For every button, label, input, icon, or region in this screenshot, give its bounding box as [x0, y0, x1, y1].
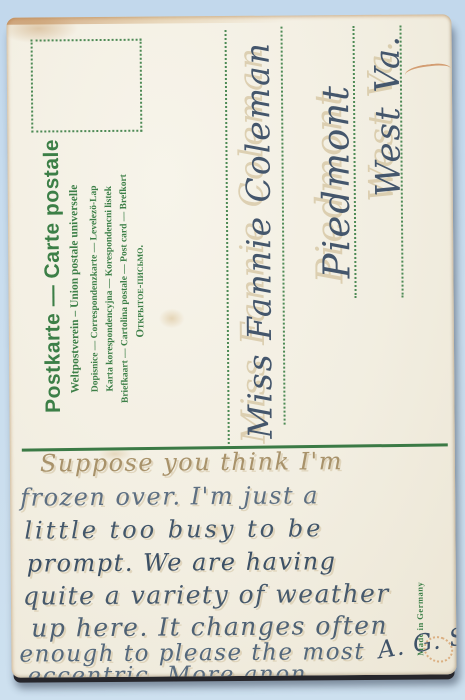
message-line: quite a variety of weather: [23, 581, 390, 609]
postcard-title: Postkarte — Carte postale: [41, 153, 64, 413]
cyrillic-line: Открытое-письмо.: [135, 225, 147, 357]
postcard-scan: Postkarte — Carte postale Weltpostverein…: [0, 0, 465, 700]
language-line: Dopisnice — Correspondenzkarte — Levelez…: [90, 165, 101, 413]
message-line: frozen over. I'm just a: [20, 483, 319, 509]
address-recipient: Miss Fannie Coleman: [238, 32, 287, 448]
message-line: Suppose you think I'm: [40, 449, 343, 475]
postcard-back: Postkarte — Carte postale Weltpostverein…: [6, 14, 456, 677]
stamp-box: [31, 39, 143, 133]
paper-stain: [159, 308, 185, 328]
address-state: West Va.: [368, 37, 413, 197]
language-line: Briefkaart — Cartolina postale — Post ca…: [120, 162, 131, 416]
address-town: Piedmont: [314, 69, 362, 293]
message-line: up here. It changes often: [31, 613, 388, 641]
message-line: eccentric. More anon.: [28, 663, 316, 677]
language-line: Karta korespondencyjna — Korespondencni …: [105, 165, 116, 413]
message-line: little too busy to be: [24, 516, 323, 542]
postcard-subtitle: Weltpostverein – Union postale universel…: [69, 162, 82, 416]
worn-top-edge: [6, 16, 286, 25]
address-rule: [225, 30, 230, 444]
message-line: prompt. We are having: [27, 549, 337, 575]
